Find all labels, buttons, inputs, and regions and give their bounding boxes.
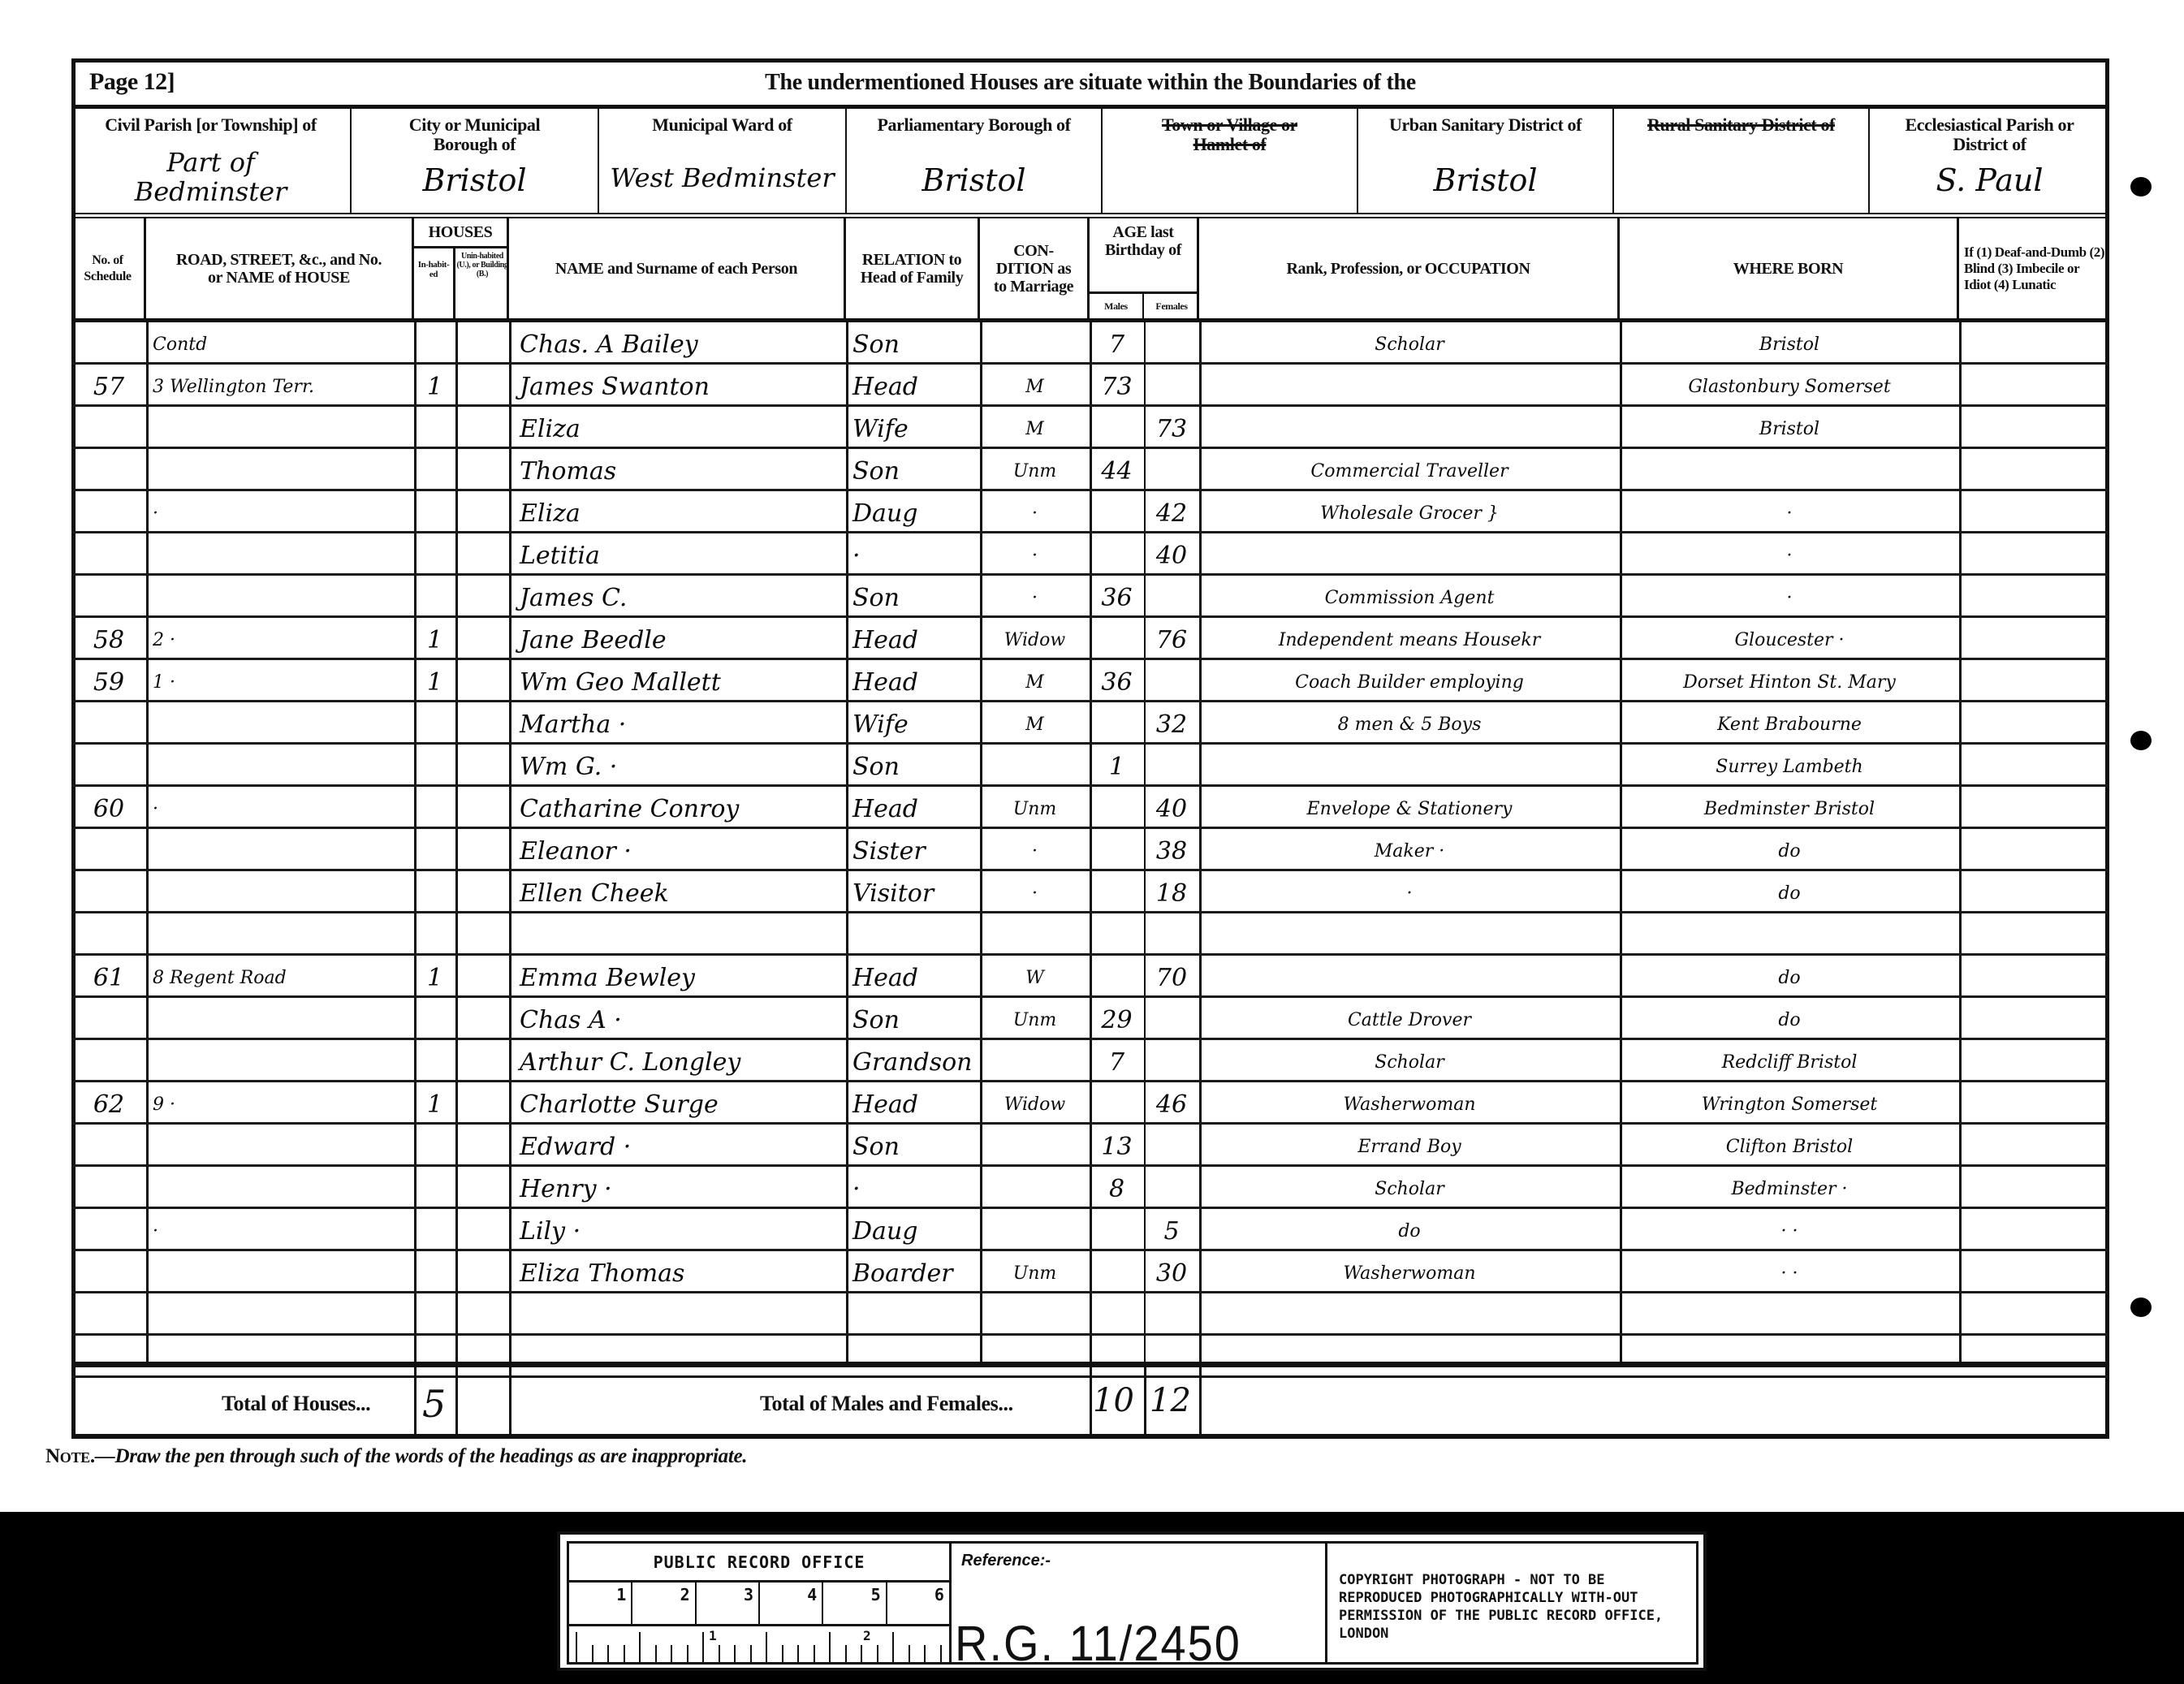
header-females: Females — [1144, 294, 1199, 318]
ruler-tick — [687, 1645, 688, 1665]
record-office-card: PUBLIC RECORD OFFICE 1 2 3 4 5 6 1 2 Ref… — [557, 1531, 1707, 1671]
cell-female-age: 18 — [1144, 871, 1199, 912]
punch-hole-icon — [2130, 177, 2152, 196]
cell-female-age — [1144, 576, 1199, 616]
cell-road — [153, 829, 412, 870]
scale-ruler-box: PUBLIC RECORD OFFICE 1 2 3 4 5 6 1 2 — [567, 1541, 952, 1665]
cell-condition: Unm — [980, 998, 1090, 1038]
cell-male-age — [1090, 1251, 1144, 1292]
cell-where-born: Kent Brabourne — [1620, 702, 1959, 743]
cell-occupation: Washerwoman — [1199, 1082, 1620, 1123]
cell-occupation — [1199, 407, 1620, 447]
header-uninhabited: Unin-habited (U.), or Building (B.) — [455, 248, 509, 318]
cell-condition: · — [980, 576, 1090, 616]
cell-inhabited — [414, 1167, 455, 1207]
cell-road: Contd — [153, 322, 412, 363]
cell-male-age: 73 — [1090, 365, 1144, 405]
cell-male-age: 13 — [1090, 1125, 1144, 1165]
page-heading: The undermentioned Houses are situate wi… — [71, 70, 2109, 96]
cell-inhabited — [414, 871, 455, 912]
cell-name: Henry · — [520, 1167, 844, 1207]
cell-schedule — [71, 1251, 146, 1292]
table-row — [71, 1293, 2109, 1336]
cell-condition — [980, 1167, 1090, 1207]
ruler-tick — [940, 1645, 942, 1665]
cell-male-age: 29 — [1090, 998, 1144, 1038]
cell-schedule — [71, 407, 146, 447]
cell-occupation: Errand Boy — [1199, 1125, 1620, 1165]
punch-hole-icon — [2130, 731, 2152, 750]
cell-relation: Grandson — [852, 1040, 978, 1081]
table-row: Eliza ThomasBoarderUnm30Washerwoman· · — [71, 1251, 2109, 1293]
cell-where-born: Wrington Somerset — [1620, 1082, 1959, 1123]
cell-condition: Widow — [980, 1082, 1090, 1123]
cell-where-born: Bristol — [1620, 322, 1959, 363]
cell-relation: Son — [852, 322, 978, 363]
punch-hole-icon — [2130, 1298, 2152, 1317]
cell-name: Letitia — [520, 533, 844, 574]
cell-male-age — [1090, 702, 1144, 743]
cell-male-age: 44 — [1090, 449, 1144, 490]
table-row: Martha ·WifeM328 men & 5 BoysKent Brabou… — [71, 702, 2109, 745]
cell-road — [153, 998, 412, 1038]
header-occupation: Rank, Profession, or OCCUPATION — [1199, 218, 1620, 318]
cell-name: Chas A · — [520, 998, 844, 1038]
cell-male-age — [1090, 829, 1144, 870]
cell-condition — [980, 1209, 1090, 1250]
cell-occupation: Coach Builder employing — [1199, 660, 1620, 701]
cell-occupation — [1199, 365, 1620, 405]
cell-road — [153, 1251, 412, 1292]
footnote: Note.—Draw the pen through such of the w… — [45, 1445, 747, 1468]
table-row — [71, 913, 2109, 956]
cell-where-born: Bedminster Bristol — [1620, 787, 1959, 827]
ruler-tick — [814, 1645, 815, 1665]
cell-relation: Son — [852, 1125, 978, 1165]
cell-schedule: 59 — [71, 660, 146, 701]
cell-road: 8 Regent Road — [153, 956, 412, 996]
cell-inhabited — [414, 998, 455, 1038]
cell-where-born: Dorset Hinton St. Mary — [1620, 660, 1959, 701]
cell-condition — [980, 322, 1090, 363]
cell-condition: W — [980, 956, 1090, 996]
boundary-value: West Bedminster — [599, 162, 845, 193]
cell-relation: · — [852, 533, 978, 574]
cell-occupation: do — [1199, 1209, 1620, 1250]
cell-relation: Wife — [852, 702, 978, 743]
cell-occupation: Scholar — [1199, 1040, 1620, 1081]
ruler-tick — [861, 1645, 862, 1665]
ruler-tick — [924, 1645, 926, 1665]
cell-road — [153, 1167, 412, 1207]
table-row: ·ElizaDaug·42Wholesale Grocer }· — [71, 491, 2109, 533]
cell-road: 2 · — [153, 618, 412, 658]
table-row: ContdChas. A BaileySon7ScholarBristol — [71, 322, 2109, 365]
cell-inhabited — [414, 1251, 455, 1292]
boundary-rural-sanitary: Rural Sanitary District of — [1614, 109, 1870, 213]
cell-road — [153, 1125, 412, 1165]
boundary-value: Part of Bedminster — [71, 148, 350, 206]
cell-male-age — [1090, 491, 1144, 532]
cell-name: Eleanor · — [520, 829, 844, 870]
table-row: Wm G. ·Son1Surrey Lambeth — [71, 745, 2109, 787]
ruler-tick — [829, 1632, 831, 1665]
cell-inhabited — [414, 1209, 455, 1250]
boundary-value: Bristol — [847, 162, 1101, 198]
cell-male-age — [1090, 533, 1144, 574]
cell-relation: Head — [852, 787, 978, 827]
cell-name: Eliza — [520, 407, 844, 447]
boundary-ecclesiastical-parish: Ecclesiastical Parish or District of S. … — [1870, 109, 2109, 213]
cell-name: Charlotte Surge — [520, 1082, 844, 1123]
table-row: 60·Catharine ConroyHeadUnm40Envelope & S… — [71, 787, 2109, 829]
cell-female-age: 46 — [1144, 1082, 1199, 1123]
cell-name: Thomas — [520, 449, 844, 490]
cell-female-age — [1144, 913, 1199, 954]
cell-condition — [980, 1040, 1090, 1081]
cell-relation: Son — [852, 998, 978, 1038]
ruler-tick — [750, 1645, 752, 1665]
cell-where-born: Surrey Lambeth — [1620, 745, 1959, 785]
cell-male-age — [1090, 913, 1144, 954]
cell-where-born — [1620, 913, 1959, 954]
ruler-tick — [766, 1632, 767, 1665]
boundary-town-village: Town or Village or Hamlet of — [1103, 109, 1358, 213]
cell-female-age — [1144, 998, 1199, 1038]
boundary-civil-parish: Civil Parish [or Township] of Part of Be… — [71, 109, 352, 213]
cell-name: James C. — [520, 576, 844, 616]
cell-road: 9 · — [153, 1082, 412, 1123]
cell-condition — [980, 1293, 1090, 1334]
boundary-value: Bristol — [352, 162, 598, 198]
cell-schedule — [71, 745, 146, 785]
ruler-tick — [892, 1632, 894, 1665]
cell-condition: M — [980, 660, 1090, 701]
cell-schedule — [71, 576, 146, 616]
cell-condition: Widow — [980, 618, 1090, 658]
cell-schedule — [71, 1125, 146, 1165]
cell-schedule: 57 — [71, 365, 146, 405]
cell-name: Ellen Cheek — [520, 871, 844, 912]
header-infirmity: If (1) Deaf-and-Dumb (2) Blind (3) Imbec… — [1959, 218, 2109, 318]
ruler-tick — [734, 1645, 736, 1665]
cell-where-born: Clifton Bristol — [1620, 1125, 1959, 1165]
cell-where-born: do — [1620, 871, 1959, 912]
cell-condition: · — [980, 829, 1090, 870]
cell-relation: Son — [852, 449, 978, 490]
cell-schedule — [71, 1167, 146, 1207]
table-row: Chas A ·SonUnm29Cattle Droverdo — [71, 998, 2109, 1040]
table-row: 582 ·1Jane BeedleHeadWidow76Independent … — [71, 618, 2109, 660]
cell-female-age: 42 — [1144, 491, 1199, 532]
cell-female-age: 73 — [1144, 407, 1199, 447]
cell-occupation: Commission Agent — [1199, 576, 1620, 616]
cell-name: Martha · — [520, 702, 844, 743]
total-houses-value: 5 — [422, 1382, 446, 1426]
cell-inhabited — [414, 913, 455, 954]
cell-occupation: Independent means Housekr — [1199, 618, 1620, 658]
copyright-notice: COPYRIGHT PHOTOGRAPH - NOT TO BE REPRODU… — [1325, 1541, 1698, 1665]
cell-female-age — [1144, 1125, 1199, 1165]
table-row: ·Lily ·Daug5do· · — [71, 1209, 2109, 1251]
cell-where-born: · — [1620, 491, 1959, 532]
title-bar: Page 12] The undermentioned Houses are s… — [71, 58, 2109, 109]
cell-condition: · — [980, 871, 1090, 912]
cell-where-born — [1620, 449, 1959, 490]
cell-inhabited: 1 — [414, 956, 455, 996]
cell-condition: · — [980, 491, 1090, 532]
cell-condition — [980, 913, 1090, 954]
cell-name: Eliza — [520, 491, 844, 532]
header-road: ROAD, STREET, &c., and No. or NAME of HO… — [146, 218, 414, 318]
cell-relation: Son — [852, 576, 978, 616]
cell-occupation — [1199, 533, 1620, 574]
cell-road — [153, 576, 412, 616]
cell-inhabited — [414, 1125, 455, 1165]
table-row: Henry ··8ScholarBedminster · — [71, 1167, 2109, 1209]
cell-female-age: 32 — [1144, 702, 1199, 743]
cell-male-age — [1090, 1293, 1144, 1334]
cell-female-age: 70 — [1144, 956, 1199, 996]
cell-occupation: 8 men & 5 Boys — [1199, 702, 1620, 743]
cell-occupation — [1199, 913, 1620, 954]
total-persons-label: Total of Males and Females... — [760, 1392, 1013, 1416]
cell-occupation: Envelope & Stationery — [1199, 787, 1620, 827]
reference-label: Reference:- — [961, 1552, 1051, 1570]
table-row: ElizaWifeM73Bristol — [71, 407, 2109, 449]
cell-female-age: 40 — [1144, 787, 1199, 827]
cell-inhabited — [414, 1293, 455, 1334]
cell-occupation: · — [1199, 871, 1620, 912]
cell-inhabited — [414, 1040, 455, 1081]
cell-inhabited — [414, 491, 455, 532]
cell-inhabited — [414, 702, 455, 743]
cell-female-age — [1144, 365, 1199, 405]
cell-relation: Boarder — [852, 1251, 978, 1292]
reference-value: R.G. 11/2450 — [955, 1614, 1241, 1673]
cell-road — [153, 745, 412, 785]
ruler-tick — [797, 1645, 799, 1665]
cell-condition: Unm — [980, 449, 1090, 490]
cell-occupation: Commercial Traveller — [1199, 449, 1620, 490]
cell-where-born: · · — [1620, 1251, 1959, 1292]
header-where-born: WHERE BORN — [1620, 218, 1959, 318]
cell-female-age — [1144, 745, 1199, 785]
cell-occupation — [1199, 956, 1620, 996]
cell-occupation: Scholar — [1199, 1167, 1620, 1207]
cell-road — [153, 702, 412, 743]
cell-male-age: 36 — [1090, 660, 1144, 701]
census-page: Page 12] The undermentioned Houses are s… — [71, 58, 2109, 1439]
header-schedule: No. of Schedule — [71, 218, 146, 318]
cell-relation: Daug — [852, 1209, 978, 1250]
cell-inhabited — [414, 322, 455, 363]
cell-where-born: Redcliff Bristol — [1620, 1040, 1959, 1081]
cell-inhabited — [414, 787, 455, 827]
total-females-value: 12 — [1150, 1382, 1191, 1419]
boundary-urban-sanitary: Urban Sanitary District of Bristol — [1358, 109, 1614, 213]
header-age: AGE last Birthday of Males Females — [1090, 218, 1199, 318]
cell-schedule — [71, 1209, 146, 1250]
scale-ruler: 1 2 — [569, 1626, 949, 1665]
ruler-tick — [671, 1645, 672, 1665]
cell-road: · — [153, 491, 412, 532]
cell-relation: Head — [852, 956, 978, 996]
cell-name: James Swanton — [520, 365, 844, 405]
cell-condition: Unm — [980, 787, 1090, 827]
cell-condition — [980, 1125, 1090, 1165]
cell-relation: Sister — [852, 829, 978, 870]
cell-name: Wm G. · — [520, 745, 844, 785]
cell-where-born: · — [1620, 576, 1959, 616]
cell-relation: Daug — [852, 491, 978, 532]
header-condition: CON-DITION as to Marriage — [980, 218, 1090, 318]
cell-inhabited: 1 — [414, 660, 455, 701]
cell-schedule: 61 — [71, 956, 146, 996]
cell-male-age — [1090, 618, 1144, 658]
cell-female-age: 76 — [1144, 618, 1199, 658]
cell-name: Jane Beedle — [520, 618, 844, 658]
table-row: Arthur C. LongleyGrandson7ScholarRedclif… — [71, 1040, 2109, 1082]
cell-schedule — [71, 533, 146, 574]
table-row: James C.Son·36Commission Agent· — [71, 576, 2109, 618]
cell-name: Lily · — [520, 1209, 844, 1250]
cell-road: · — [153, 787, 412, 827]
cell-where-born: Gloucester · — [1620, 618, 1959, 658]
boundary-parliamentary-borough: Parliamentary Borough of Bristol — [847, 109, 1103, 213]
cell-female-age: 40 — [1144, 533, 1199, 574]
header-males: Males — [1090, 294, 1144, 318]
cell-schedule — [71, 913, 146, 954]
cell-female-age: 38 — [1144, 829, 1199, 870]
cell-road — [153, 533, 412, 574]
cell-road: 1 · — [153, 660, 412, 701]
cell-schedule — [71, 702, 146, 743]
cell-name: Arthur C. Longley — [520, 1040, 844, 1081]
scale-inches: 1 2 3 4 5 6 — [569, 1583, 949, 1626]
cell-condition — [980, 745, 1090, 785]
cell-male-age — [1090, 956, 1144, 996]
cell-where-born: · — [1620, 533, 1959, 574]
cell-male-age: 7 — [1090, 1040, 1144, 1081]
cell-schedule: 60 — [71, 787, 146, 827]
cell-road: 3 Wellington Terr. — [153, 365, 412, 405]
ruler-tick — [702, 1632, 704, 1665]
cell-occupation: Washerwoman — [1199, 1251, 1620, 1292]
ruler-tick — [909, 1645, 910, 1665]
cell-relation: · — [852, 1167, 978, 1207]
table-row: Letitia··40· — [71, 533, 2109, 576]
cell-schedule — [71, 322, 146, 363]
total-males-value: 10 — [1093, 1382, 1134, 1419]
cell-male-age — [1090, 1209, 1144, 1250]
boundary-headers: Civil Parish [or Township] of Part of Be… — [71, 109, 2109, 218]
cell-occupation — [1199, 1293, 1620, 1334]
cell-condition: Unm — [980, 1251, 1090, 1292]
ruler-tick — [719, 1645, 720, 1665]
cell-occupation: Cattle Drover — [1199, 998, 1620, 1038]
cell-female-age: 30 — [1144, 1251, 1199, 1292]
record-office-title: PUBLIC RECORD OFFICE — [569, 1544, 949, 1583]
cell-where-born: Bristol — [1620, 407, 1959, 447]
cell-where-born — [1620, 1293, 1959, 1334]
cell-road — [153, 913, 412, 954]
cell-inhabited — [414, 745, 455, 785]
cell-inhabited — [414, 533, 455, 574]
cell-female-age — [1144, 1293, 1199, 1334]
cell-female-age — [1144, 1040, 1199, 1081]
cell-name: Catharine Conroy — [520, 787, 844, 827]
cell-inhabited — [414, 449, 455, 490]
cell-relation: Visitor — [852, 871, 978, 912]
cell-where-born: do — [1620, 829, 1959, 870]
reference-box: Reference:- R.G. 11/2450 — [952, 1541, 1325, 1665]
table-row: 591 ·1Wm Geo MallettHeadM36Coach Builder… — [71, 660, 2109, 702]
cell-occupation: Scholar — [1199, 322, 1620, 363]
ruler-tick — [607, 1645, 609, 1665]
cell-relation: Son — [852, 745, 978, 785]
cell-occupation: Maker · — [1199, 829, 1620, 870]
ruler-tick — [845, 1645, 847, 1665]
cell-road — [153, 871, 412, 912]
boundary-value: S. Paul — [1870, 162, 2109, 198]
cell-inhabited: 1 — [414, 1082, 455, 1123]
total-houses-label: Total of Houses... — [222, 1392, 370, 1416]
ruler-tick — [655, 1645, 657, 1665]
cell-inhabited — [414, 407, 455, 447]
cell-male-age — [1090, 787, 1144, 827]
cell-inhabited: 1 — [414, 618, 455, 658]
cell-male-age: 7 — [1090, 322, 1144, 363]
cell-schedule — [71, 1040, 146, 1081]
cell-road — [153, 449, 412, 490]
cell-relation — [852, 1293, 978, 1334]
boundary-municipal-ward: Municipal Ward of West Bedminster — [599, 109, 847, 213]
cell-male-age — [1090, 871, 1144, 912]
cell-occupation: Wholesale Grocer } — [1199, 491, 1620, 532]
cell-name: Chas. A Bailey — [520, 322, 844, 363]
ruler-tick — [639, 1632, 641, 1665]
ruler-tick — [877, 1645, 878, 1665]
ruler-tick — [624, 1645, 625, 1665]
cell-inhabited — [414, 576, 455, 616]
cell-name: Eliza Thomas — [520, 1251, 844, 1292]
cell-male-age — [1090, 407, 1144, 447]
cell-where-born: Glastonbury Somerset — [1620, 365, 1959, 405]
cell-schedule — [71, 998, 146, 1038]
cell-condition: · — [980, 533, 1090, 574]
cell-condition: M — [980, 365, 1090, 405]
cell-relation: Head — [852, 1082, 978, 1123]
cell-schedule — [71, 871, 146, 912]
cell-name — [520, 913, 844, 954]
cell-name — [520, 1293, 844, 1334]
table-row: Ellen CheekVisitor·18·do — [71, 871, 2109, 913]
cell-schedule — [71, 1293, 146, 1334]
table-row: ThomasSonUnm44Commercial Traveller — [71, 449, 2109, 491]
cell-relation — [852, 913, 978, 954]
ruler-tick — [592, 1645, 593, 1665]
table-row: Eleanor ·Sister·38Maker ·do — [71, 829, 2109, 871]
cell-name: Emma Bewley — [520, 956, 844, 996]
cell-relation: Wife — [852, 407, 978, 447]
cell-where-born: Bedminster · — [1620, 1167, 1959, 1207]
ruler-tick — [782, 1645, 783, 1665]
cell-relation: Head — [852, 618, 978, 658]
cell-inhabited — [414, 829, 455, 870]
cell-female-age — [1144, 1167, 1199, 1207]
cell-schedule — [71, 491, 146, 532]
